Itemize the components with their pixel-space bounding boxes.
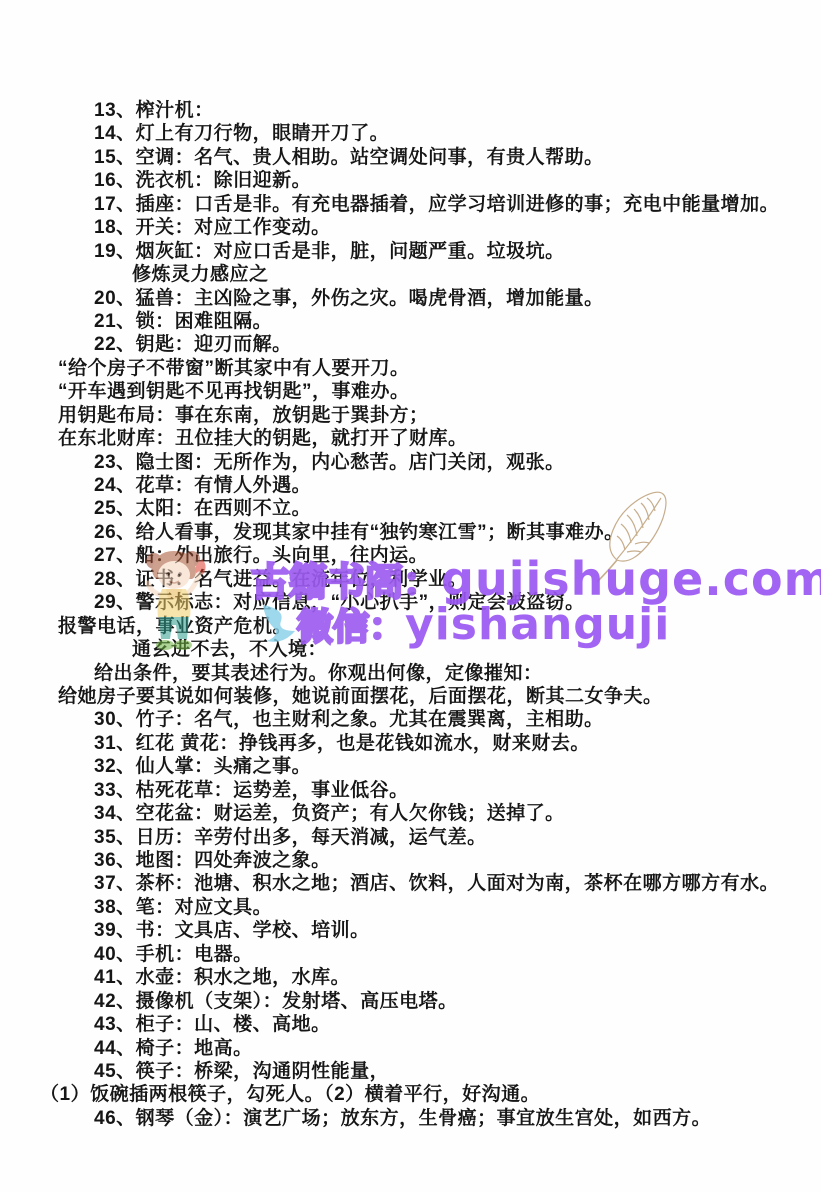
text-line: 给她房子要其说如何装修，她说前面摆花，后面摆花，断其二女争夫。 [0, 685, 821, 708]
text-line: 30、竹子：名气，也主财利之象。尤其在震巽离，主相助。 [0, 708, 821, 731]
text-line: 32、仙人掌：头痛之事。 [0, 755, 821, 778]
text-line: 给出条件，要其表述行为。你观出何像，定像摧知： [0, 662, 821, 685]
text-line: 14、灯上有刀行物，眼睛开刀了。 [0, 122, 821, 145]
text-line: 13、榨汁机： [0, 99, 821, 122]
text-line: 用钥匙布局：事在东南，放钥匙于巽卦方； [0, 404, 821, 427]
text-line: 15、空调：名气、贵人相助。站空调处问事，有贵人帮助。 [0, 146, 821, 169]
text-line: 19、烟灰缸：对应口舌是非，脏，问题严重。垃圾坑。 [0, 240, 821, 263]
text-line: 16、洗衣机：除旧迎新。 [0, 169, 821, 192]
scanned-document-page: 13、榨汁机：14、灯上有刀行物，眼睛开刀了。15、空调：名气、贵人相助。站空调… [0, 0, 821, 1192]
cartoon-character-watermark [136, 547, 218, 657]
text-line: “给个房子不带窗”断其家中有人要开刀。 [0, 357, 821, 380]
text-line: 18、开关：对应工作变动。 [0, 216, 821, 239]
text-line: 43、柜子：山、楼、高地。 [0, 1013, 821, 1036]
text-line: 39、书：文具店、学校、培训。 [0, 919, 821, 942]
text-line: 36、地图：四处奔波之象。 [0, 849, 821, 872]
text-line: 25、太阳：在西则不立。 [0, 497, 821, 520]
text-line: 41、水壶：积水之地，水库。 [0, 966, 821, 989]
text-line: 42、摄像机（支架）：发射塔、高压电塔。 [0, 990, 821, 1013]
text-line: 46、钢琴（金）：演艺广场；放东方，生骨癌；事宜放生宫处，如西方。 [0, 1107, 821, 1130]
text-line: 21、锁：困难阻隔。 [0, 310, 821, 333]
text-line: 22、钥匙：迎刃而解。 [0, 333, 821, 356]
wechat-watermark: 微信：yishanguji [297, 599, 670, 650]
text-line: 37、茶杯：池塘、积水之地；酒店、饮料，人面对为南，茶杯在哪方哪方有水。 [0, 872, 821, 895]
text-line: “开车遇到钥匙不见再找钥匙”，事难办。 [0, 380, 821, 403]
text-line: 20、猛兽：主凶险之事，外伤之灾。喝虎骨酒，增加能量。 [0, 287, 821, 310]
text-line: 35、日历：辛劳付出多，每天消减，运气差。 [0, 826, 821, 849]
text-line: 33、枯死花草：运势差，事业低谷。 [0, 779, 821, 802]
text-line: 34、空花盆：财运差，负资产；有人欠你钱；送掉了。 [0, 802, 821, 825]
text-line: 38、笔：对应文具。 [0, 896, 821, 919]
text-line: 26、给人看事，发现其家中挂有“独钓寒江雪”；断其事难办。 [0, 521, 821, 544]
text-line: 17、插座：口舌是非。有充电器插着，应学习培训进修的事；充电中能量增加。 [0, 193, 821, 216]
text-line: 44、椅子：地高。 [0, 1037, 821, 1060]
site-watermark: 古籍书阁：gujishuge.com [251, 551, 821, 606]
watermark-wechat-label: 微信： [297, 607, 405, 648]
text-line: 23、隐士图：无所作为，内心愁苦。店门关闭，观张。 [0, 451, 821, 474]
text-line: 31、红花 黄花：挣钱再多，也是花钱如流水，财来财去。 [0, 732, 821, 755]
text-line: 24、花草：有情人外遇。 [0, 474, 821, 497]
text-line: 40、手机：电器。 [0, 943, 821, 966]
text-line: 在东北财库：丑位挂大的钥匙，就打开了财库。 [0, 427, 821, 450]
watermark-site-url: gujishuge.com [441, 552, 821, 606]
watermark-wechat-id: yishanguji [405, 599, 670, 650]
watermark-site-name: 古籍书阁： [251, 560, 441, 604]
text-line: 修炼灵力感应之 [0, 263, 821, 286]
text-line: 45、筷子：桥梁，沟通阴性能量， [0, 1060, 821, 1083]
text-line: （1）饭碗插两根筷子，勾死人。（2）横着平行，好沟通。 [0, 1083, 821, 1106]
